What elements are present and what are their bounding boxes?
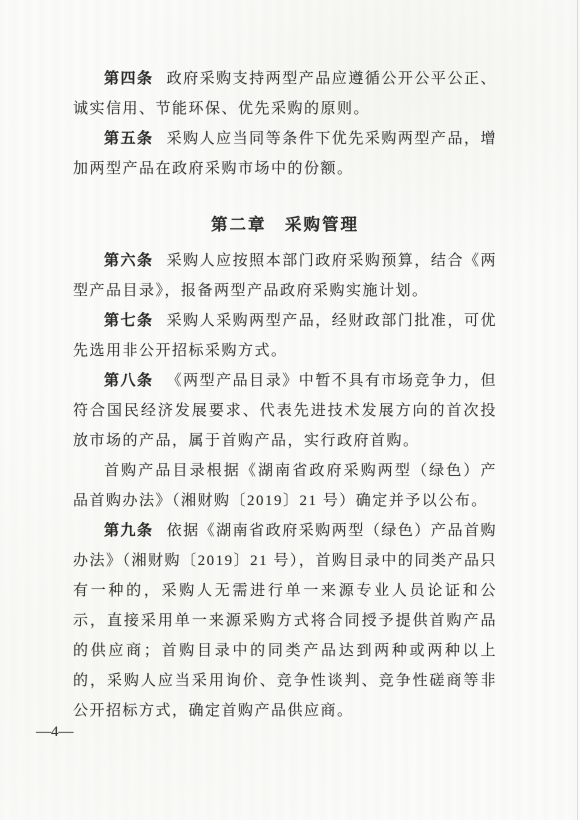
chapter-2-heading: 第二章 采购管理 <box>73 210 497 240</box>
page-number: —4— <box>36 721 74 743</box>
article-5-paragraph: 第五条采购人应当同等条件下优先采购两型产品，增加两型产品在政府采购市场中的份额。 <box>73 124 497 184</box>
article-9-number: 第九条 <box>104 523 154 539</box>
article-4-number: 第四条 <box>104 71 154 87</box>
document-content: 第四条政府采购支持两型产品应遵循公开公平公正、诚实信用、节能环保、优先采购的原则… <box>73 64 497 726</box>
article-7-paragraph: 第七条采购人采购两型产品，经财政部门批准，可优先选用非公开招标采购方式。 <box>73 306 497 366</box>
first-purchase-catalog-text: 首购产品目录根据《湖南省政府采购两型（绿色）产品首购办法》（湘财购〔2019〕2… <box>73 463 497 509</box>
article-6-paragraph: 第六条采购人应按照本部门政府采购预算，结合《两型产品目录》，报备两型产品政府采购… <box>73 246 497 306</box>
article-7-number: 第七条 <box>104 313 154 329</box>
article-5-number: 第五条 <box>104 131 154 147</box>
article-8-paragraph: 第八条《两型产品目录》中暂不具有市场竞争力，但符合国民经济发展要求、代表先进技术… <box>73 366 497 456</box>
article-9-paragraph: 第九条依据《湖南省政府采购两型（绿色）产品首购办法》（湘财购〔2019〕21 号… <box>73 516 497 726</box>
article-6-number: 第六条 <box>104 253 154 269</box>
scanned-document-page: 第四条政府采购支持两型产品应遵循公开公平公正、诚实信用、节能环保、优先采购的原则… <box>0 0 580 820</box>
scan-edge-line <box>577 0 578 820</box>
first-purchase-catalog-paragraph: 首购产品目录根据《湖南省政府采购两型（绿色）产品首购办法》（湘财购〔2019〕2… <box>73 456 497 516</box>
article-4-paragraph: 第四条政府采购支持两型产品应遵循公开公平公正、诚实信用、节能环保、优先采购的原则… <box>73 64 497 124</box>
article-9-text: 依据《湖南省政府采购两型（绿色）产品首购办法》（湘财购〔2019〕21 号），首… <box>73 523 497 719</box>
article-8-number: 第八条 <box>104 373 154 389</box>
